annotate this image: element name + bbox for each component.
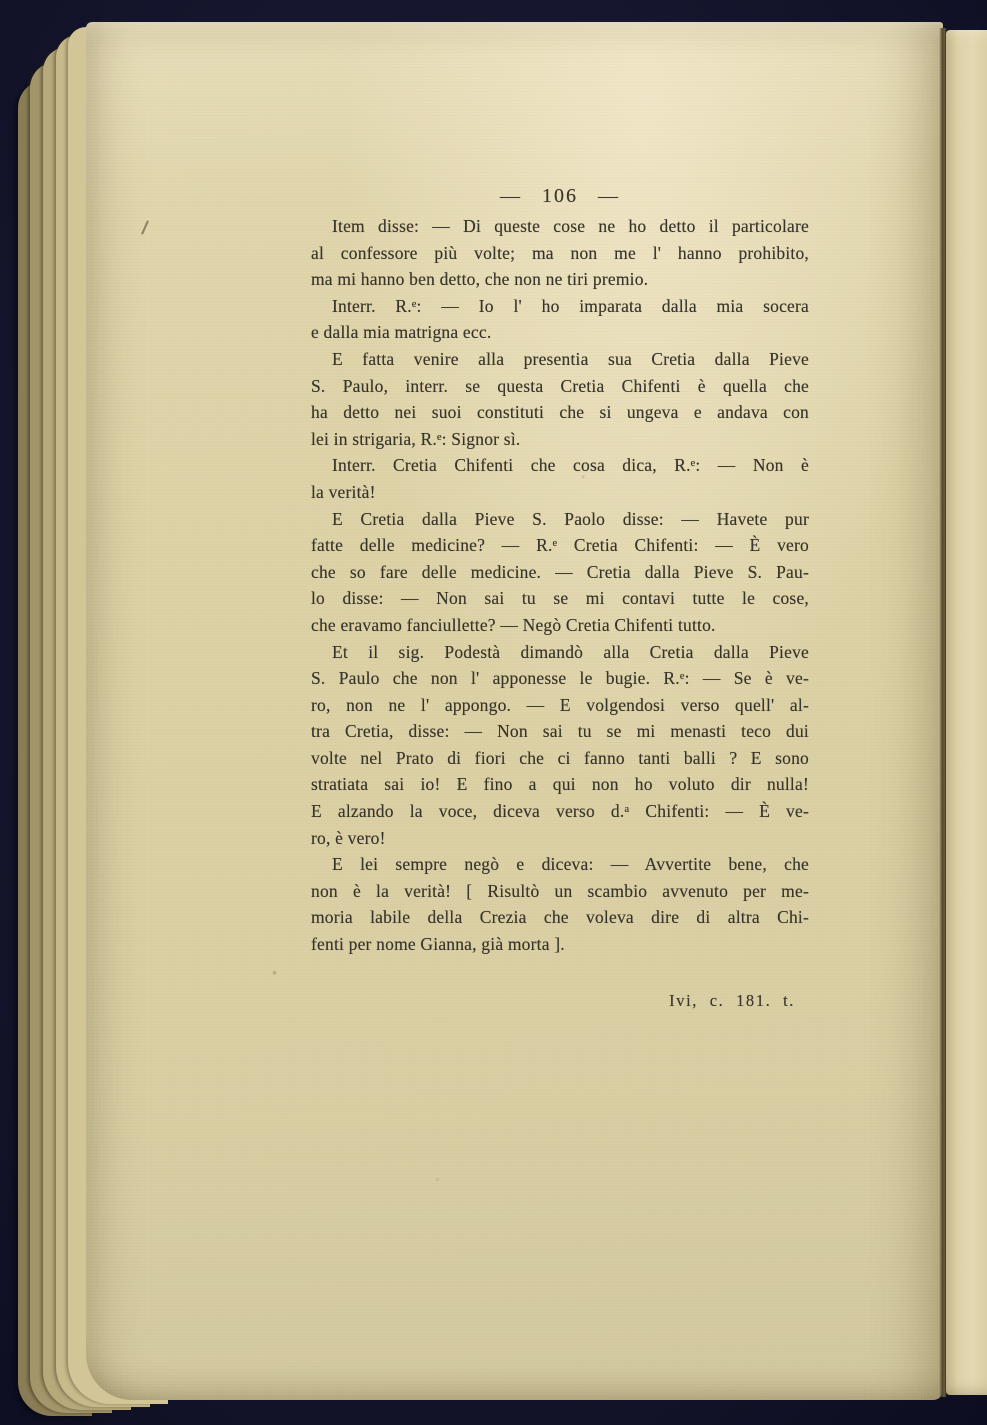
text-line: E fatta venire alla presentia sua Cretia… xyxy=(311,346,809,373)
paragraph: E Cretia dalla Pieve S. Paolo disse: — H… xyxy=(311,506,809,639)
text-line: Item disse: — Di queste cose ne ho detto… xyxy=(311,213,809,240)
paragraph: E lei sempre negò e diceva: — Avvertite … xyxy=(311,851,809,957)
text-line: che so fare delle medicine. — Cretia dal… xyxy=(311,559,809,586)
paragraph: E fatta venire alla presentia sua Cretia… xyxy=(311,346,809,452)
text-line: e dalla mia matrigna ecc. xyxy=(311,319,809,346)
text-line: lo disse: — Non sai tu se mi contavi tut… xyxy=(311,585,809,612)
text-line: Interr. Cretia Chifenti che cosa dica, R… xyxy=(311,452,809,479)
text-line: Interr. R.ᵉ: — Io l' ho imparata dalla m… xyxy=(311,293,809,320)
text-line: lei in strigaria, R.ᵉ: Signor sì. xyxy=(311,426,809,453)
text-line: ma mi hanno ben detto, che non ne tiri p… xyxy=(311,266,809,293)
text-line: S. Paulo, interr. se questa Cretia Chife… xyxy=(311,373,809,400)
text-line: tra Cretia, disse: — Non sai tu se mi me… xyxy=(311,718,809,745)
text-line: che eravamo fanciullette? — Negò Cretia … xyxy=(311,612,809,639)
text-line: ro, non ne l' appongo. — E volgendosi ve… xyxy=(311,692,809,719)
text-line: la verità! xyxy=(311,479,809,506)
text-line: E lei sempre negò e diceva: — Avvertite … xyxy=(311,851,809,878)
text-line: S. Paulo che non l' apponesse le bugie. … xyxy=(311,665,809,692)
text-line: stratiata sai io! E fino a qui non ho vo… xyxy=(311,771,809,798)
text-line: ha detto nei suoi constituti che si unge… xyxy=(311,399,809,426)
paragraph: Interr. Cretia Chifenti che cosa dica, R… xyxy=(311,452,809,505)
paragraph: Et il sig. Podestà dimandò alla Cretia d… xyxy=(311,639,809,852)
paragraph: Interr. R.ᵉ: — Io l' ho imparata dalla m… xyxy=(311,293,809,346)
paragraph: Item disse: — Di queste cose ne ho detto… xyxy=(311,213,809,293)
text-line: E alzando la voce, diceva verso d.ᵃ Chif… xyxy=(311,798,809,825)
text-line: volte nel Prato di fiori che ci fanno ta… xyxy=(311,745,809,772)
facing-page-edge xyxy=(946,30,987,1395)
text-line: fatte delle medicine? — R.ᵉ Cretia Chife… xyxy=(311,532,809,559)
text-block: Item disse: — Di queste cose ne ho detto… xyxy=(311,213,809,958)
text-line: non è la verità! [ Risultò un scambio av… xyxy=(311,878,809,905)
text-line: Et il sig. Podestà dimandò alla Cretia d… xyxy=(311,639,809,666)
text-line: ro, è vero! xyxy=(311,825,809,852)
text-line: al confessore più volte; ma non me l' ha… xyxy=(311,240,809,267)
page-number: — 106 — xyxy=(311,183,809,209)
text-line: E Cretia dalla Pieve S. Paolo disse: — H… xyxy=(311,506,809,533)
stray-pen-mark xyxy=(141,220,149,235)
book-scan: — 106 — Item disse: — Di queste cose ne … xyxy=(0,0,987,1425)
book-page: — 106 — Item disse: — Di queste cose ne … xyxy=(86,22,943,1400)
footer-citation: Ivi, c. 181. t. xyxy=(311,988,809,1014)
text-line: moria labile della Crezia che voleva dir… xyxy=(311,904,809,931)
text-line: fenti per nome Gianna, già morta ]. xyxy=(311,931,809,958)
